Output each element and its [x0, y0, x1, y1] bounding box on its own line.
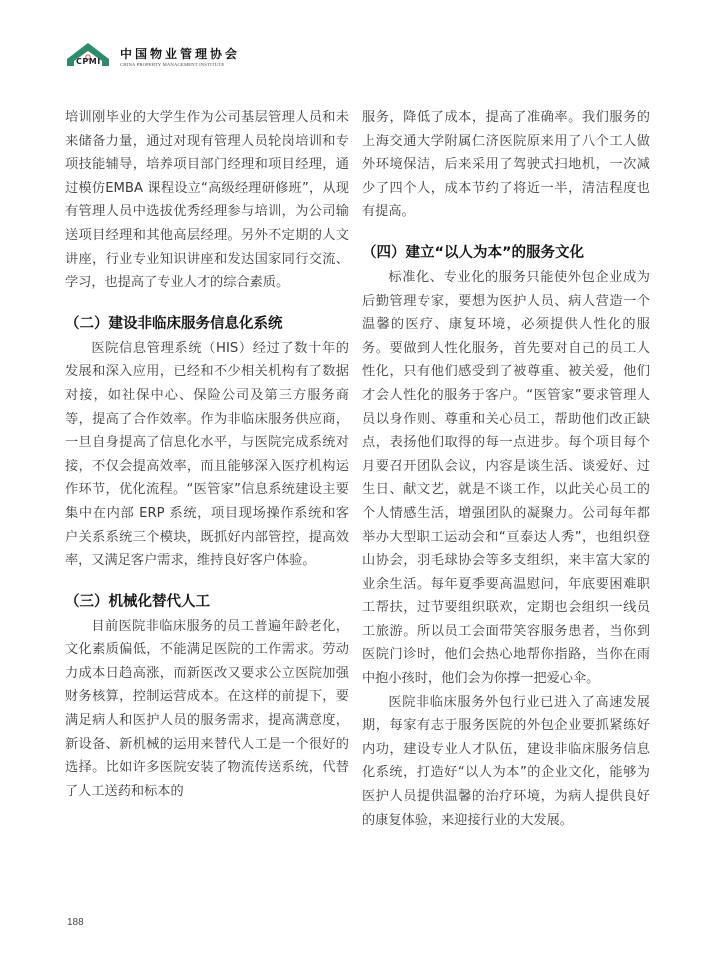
section-heading-3: （三）机械化替代人工	[65, 591, 349, 613]
section-heading-2: （二）建设非临床服务信息化系统	[65, 313, 349, 335]
organization-name: 中国物业管理协会 CHINA PROPERTY MANAGEMENT INSTI…	[120, 48, 240, 68]
org-name-en: CHINA PROPERTY MANAGEMENT INSTITUTE	[120, 61, 240, 68]
intro-paragraph: 培训刚毕业的大学生作为公司基层管理人员和未来储备力量，通过对现有管理人员轮岗培训…	[65, 106, 349, 295]
section-4-paragraph: 标准化、专业化的服务只能使外包企业成为后勤管理专家，要想为医护人员、病人营造一个…	[362, 266, 650, 691]
right-column: 服务，降低了成本，提高了准确率。我们服务的上海交通大学附属仁济医院原来用了八个工…	[362, 106, 650, 832]
closing-paragraph: 医院非临床服务外包行业已进入了高速发展期，每家有志于服务医院的外包企业要抓紧练好…	[362, 691, 650, 833]
section-3-paragraph: 目前医院非临床服务的员工普遍年龄老化，文化素质偏低，不能满足医院的工作需求。劳动…	[65, 615, 349, 804]
logo-text: CPMI	[76, 57, 101, 66]
section-heading-4: （四）建立“以人为本”的服务文化	[362, 242, 650, 264]
continued-paragraph: 服务，降低了成本，提高了准确率。我们服务的上海交通大学附属仁济医院原来用了八个工…	[362, 106, 650, 224]
page-header: CPMI 中国物业管理协会 CHINA PROPERTY MANAGEMENT …	[66, 40, 240, 68]
page-number: 188	[67, 917, 84, 928]
org-name-cn: 中国物业管理协会	[120, 48, 240, 61]
left-column: 培训刚毕业的大学生作为公司基层管理人员和未来储备力量，通过对现有管理人员轮岗培训…	[65, 106, 349, 803]
section-2-paragraph: 医院信息管理系统（HIS）经过了数十年的发展和深入应用，已经和不少相关机构有了数…	[65, 337, 349, 573]
cpmi-logo: CPMI	[66, 42, 110, 68]
